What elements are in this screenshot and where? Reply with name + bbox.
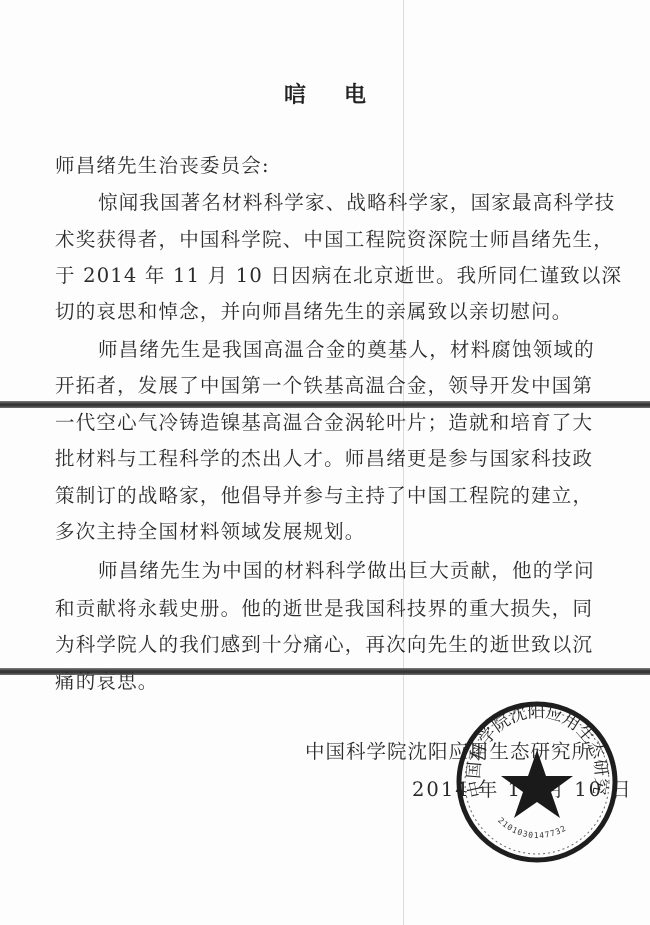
body-line: 一代空心气冷铸造镍基高温合金涡轮叶片；造就和培育了大 <box>55 407 593 435</box>
body-line: 师昌绪先生为中国的材料科学做出巨大贡献，他的学问 <box>98 555 595 583</box>
official-seal-icon: 中国科学院沈阳应用生态研究所 2101030147732 <box>455 700 620 865</box>
body-line: 术奖获得者，中国科学院、中国工程院资深院士师昌绪先生， <box>55 224 614 252</box>
body-line: 为科学院人的我们感到十分痛心，再次向先生的逝世致以沉 <box>55 629 593 657</box>
paper-fold-horizontal <box>0 668 650 675</box>
document-title: 唁电 <box>0 78 650 109</box>
body-line: 策制订的战略家，他倡导并参与主持了中国工程院的建立， <box>55 480 593 508</box>
body-line: 于 2014 年 11 月 10 日因病在北京逝世。我所同仁谨致以深 <box>55 260 622 288</box>
body-line: 和贡献将永载史册。他的逝世是我国科技界的重大损失，同 <box>55 593 593 621</box>
svg-text:2101030147732: 2101030147732 <box>496 816 568 840</box>
seal-number: 2101030147732 <box>496 816 568 840</box>
body-line: 惊闻我国著名材料科学家、战略科学家，国家最高科学技 <box>98 187 616 215</box>
star-icon <box>501 750 573 818</box>
body-line: 师昌绪先生是我国高温合金的奠基人，材料腐蚀领域的 <box>98 334 595 362</box>
body-line: 多次主持全国材料领域发展规划。 <box>55 516 366 544</box>
body-line: 开拓者，发展了中国第一个铁基高温合金，领导开发中国第 <box>55 370 593 398</box>
body-line: 批材料与工程科学的杰出人才。师昌绪更是参与国家科技政 <box>55 443 593 471</box>
salutation: 师昌绪先生治丧委员会: <box>55 150 270 178</box>
body-line: 切的哀思和悼念，并向师昌绪先生的亲属致以亲切慰问。 <box>55 296 573 324</box>
